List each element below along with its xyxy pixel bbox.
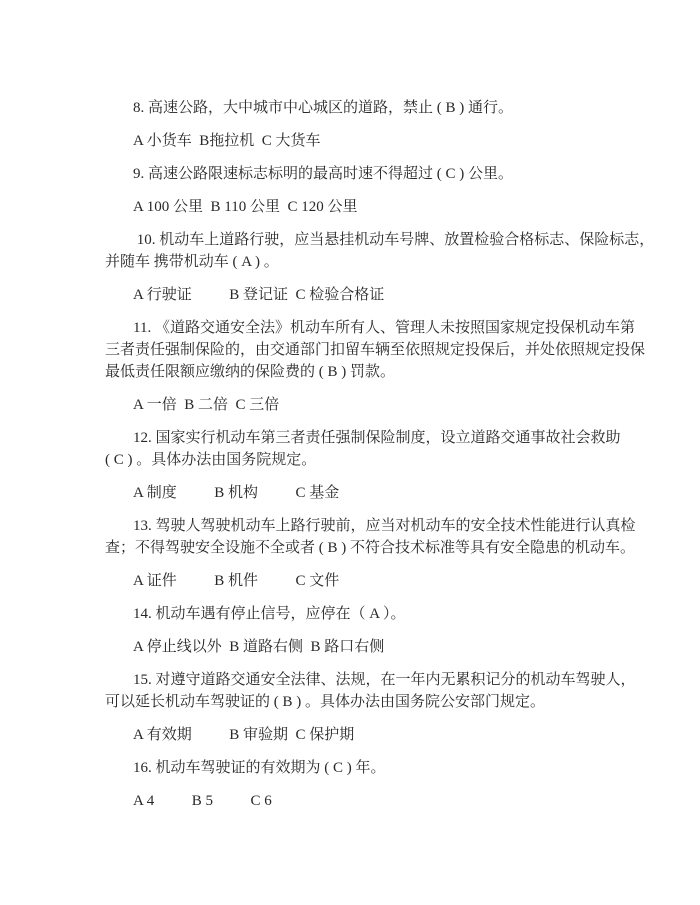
question-text: 16. 机动车驾驶证的有效期为 ( C ) 年。 <box>105 757 612 779</box>
question-options: A 小货车 B拖拉机 C 大货车 <box>105 130 612 152</box>
question-options: A 制度 B 机构 C 基金 <box>105 482 612 504</box>
question-options: A 行驶证 B 登记证 C 检验合格证 <box>105 284 612 306</box>
question-block-8: 8. 高速公路，大中城市中心城区的道路，禁止 ( B ) 通行。 A 小货车 B… <box>105 97 612 152</box>
question-text: 10. 机动车上道路行驶，应当悬挂机动车号牌、放置检验合格标志、保险标志， 并随… <box>105 229 612 273</box>
question-block-15: 15. 对遵守道路交通安全法律、法规，在一年内无累积记分的机动车驾驶人， 可以延… <box>105 669 612 746</box>
question-block-13: 13. 驾驶人驾驶机动车上路行驶前，应当对机动车的安全技术性能进行认真检 查；不… <box>105 515 612 592</box>
question-text: 14. 机动车遇有停止信号，应停在（ A ）。 <box>105 603 612 625</box>
question-text: 12. 国家实行机动车第三者责任强制保险制度，设立道路交通事故社会救助 ( C … <box>105 427 612 471</box>
question-block-16: 16. 机动车驾驶证的有效期为 ( C ) 年。 A 4 B 5 C 6 <box>105 757 612 812</box>
question-text: 11. 《道路交通安全法》机动车所有人、管理人未按照国家规定投保机动车第 三者责… <box>105 317 612 383</box>
question-options: A 证件 B 机件 C 文件 <box>105 570 612 592</box>
question-text: 9. 高速公路限速标志标明的最高时速不得超过 ( C ) 公里。 <box>105 163 612 185</box>
question-options: A 100 公里 B 110 公里 C 120 公里 <box>105 196 612 218</box>
question-text: 15. 对遵守道路交通安全法律、法规，在一年内无累积记分的机动车驾驶人， 可以延… <box>105 669 612 713</box>
question-options: A 有效期 B 审验期 C 保护期 <box>105 724 612 746</box>
question-block-10: 10. 机动车上道路行驶，应当悬挂机动车号牌、放置检验合格标志、保险标志， 并随… <box>105 229 612 306</box>
question-options: A 停止线以外 B 道路右侧 B 路口右侧 <box>105 636 612 658</box>
question-options: A 一倍 B 二倍 C 三倍 <box>105 394 612 416</box>
question-options: A 4 B 5 C 6 <box>105 790 612 812</box>
question-block-14: 14. 机动车遇有停止信号，应停在（ A ）。 A 停止线以外 B 道路右侧 B… <box>105 603 612 658</box>
question-text: 8. 高速公路，大中城市中心城区的道路，禁止 ( B ) 通行。 <box>105 97 612 119</box>
exam-document-page: 8. 高速公路，大中城市中心城区的道路，禁止 ( B ) 通行。 A 小货车 B… <box>0 0 700 905</box>
question-block-12: 12. 国家实行机动车第三者责任强制保险制度，设立道路交通事故社会救助 ( C … <box>105 427 612 504</box>
question-block-11: 11. 《道路交通安全法》机动车所有人、管理人未按照国家规定投保机动车第 三者责… <box>105 317 612 416</box>
question-block-9: 9. 高速公路限速标志标明的最高时速不得超过 ( C ) 公里。 A 100 公… <box>105 163 612 218</box>
question-text: 13. 驾驶人驾驶机动车上路行驶前，应当对机动车的安全技术性能进行认真检 查；不… <box>105 515 612 559</box>
